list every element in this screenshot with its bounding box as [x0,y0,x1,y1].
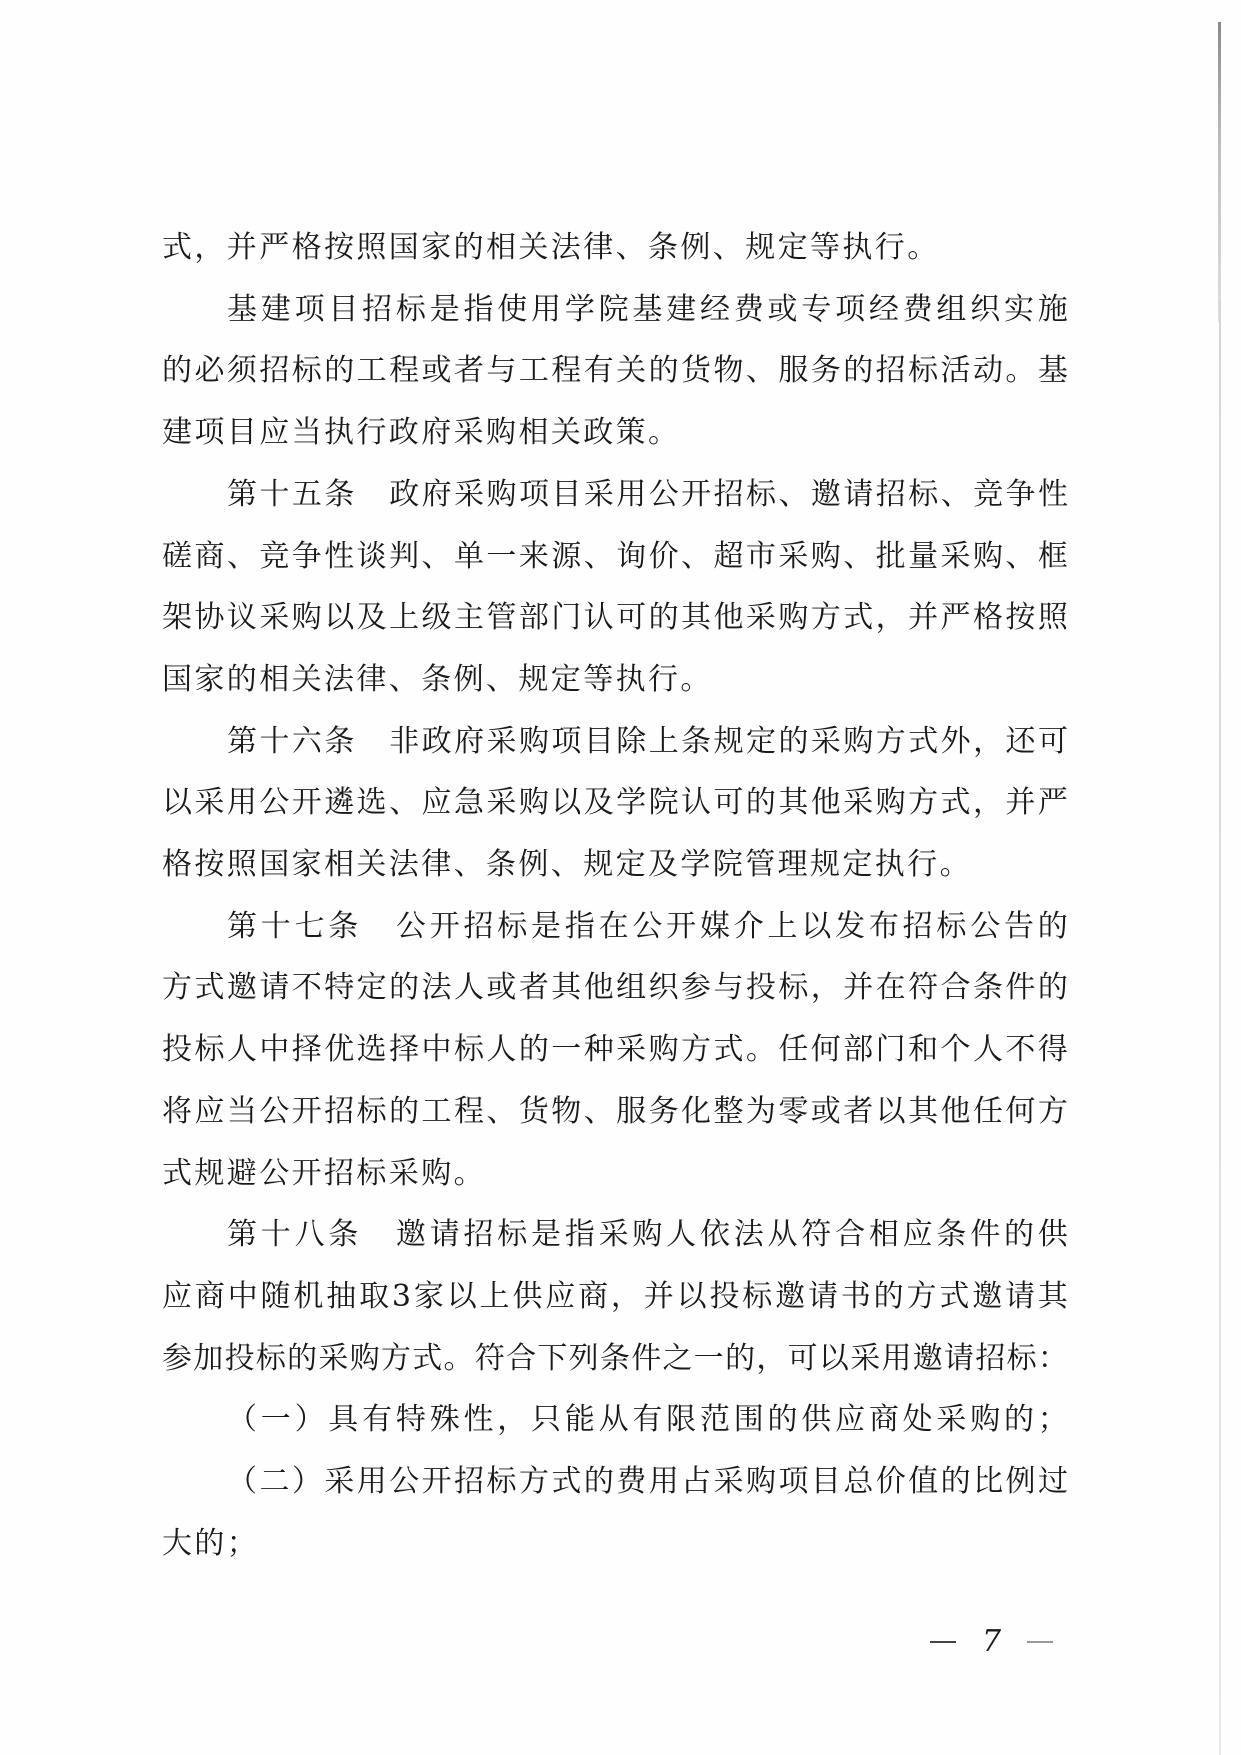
dash-right [1027,1641,1053,1643]
text-line: 大的； [162,1524,1068,1564]
text-line: 将应当公开招标的工程、货物、服务化整为零或者以其他任何方 [162,1092,1068,1132]
text-line: 投标人中择优选择中标人的一种采购方式。任何部门和个人不得 [162,1030,1068,1070]
scan-edge-line [1219,300,1221,1755]
text-line: 参加投标的采购方式。符合下列条件之一的，可以采用邀请招标： [162,1339,1068,1379]
text-line: 第十六条 非政府采购项目除上条规定的采购方式外，还可 [227,722,1068,762]
text-line: 基建项目招标是指使用学院基建经费或专项经费组织实施 [227,290,1068,330]
text-line: 式，并严格按照国家的相关法律、条例、规定等执行。 [162,228,1068,268]
page-number-value: 7 [982,1622,1001,1662]
text-line: 建项目应当执行政府采购相关政策。 [162,413,1068,453]
text-line: （一）具有特殊性，只能从有限范围的供应商处采购的； [227,1400,1068,1440]
text-line: 国家的相关法律、条例、规定等执行。 [162,660,1068,700]
text-line: 方式邀请不特定的法人或者其他组织参与投标，并在符合条件的 [162,968,1068,1008]
page-number: 7 [930,1622,1053,1662]
text-line: （二）采用公开招标方式的费用占采购项目总价值的比例过 [227,1462,1068,1502]
text-line: 应商中随机抽取3家以上供应商，并以投标邀请书的方式邀请其 [162,1277,1068,1317]
dash-left [930,1641,956,1643]
text-line: 架协议采购以及上级主管部门认可的其他采购方式，并严格按照 [162,598,1068,638]
text-line: 的必须招标的工程或者与工程有关的货物、服务的招标活动。基 [162,351,1068,391]
text-line: 式规避公开招标采购。 [162,1154,1068,1194]
scan-edge-line [1218,22,1221,322]
text-line: 第十八条 邀请招标是指采购人依法从符合相应条件的供 [227,1215,1068,1255]
text-line: 第十七条 公开招标是指在公开媒介上以发布招标公告的 [227,907,1068,947]
text-line: 磋商、竞争性谈判、单一来源、询价、超市采购、批量采购、框 [162,537,1068,577]
document-page: 式，并严格按照国家的相关法律、条例、规定等执行。 基建项目招标是指使用学院基建经… [0,0,1241,1755]
text-line: 第十五条 政府采购项目采用公开招标、邀请招标、竞争性 [227,475,1068,515]
text-line: 以采用公开遴选、应急采购以及学院认可的其他采购方式，并严 [162,783,1068,823]
text-line: 格按照国家相关法律、条例、规定及学院管理规定执行。 [162,845,1068,885]
